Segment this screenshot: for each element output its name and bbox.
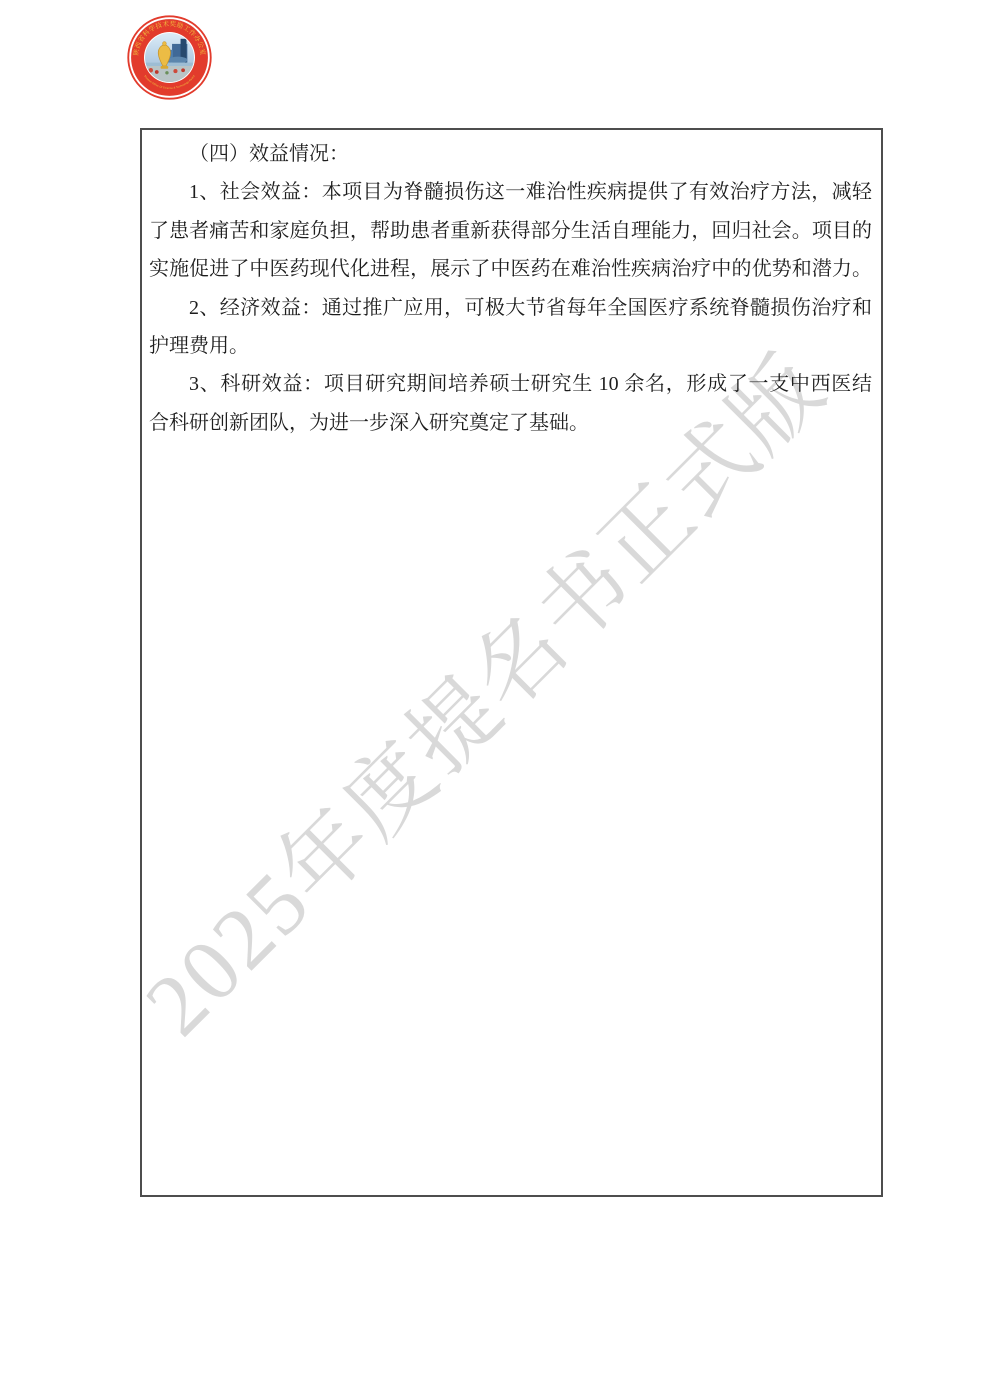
document-page: 陕西省科学技术奖励工作办公室 Shaanxi Office Of Science… (0, 0, 990, 1399)
seal-graphic: 陕西省科学技术奖励工作办公室 Shaanxi Office Of Science… (127, 15, 212, 100)
section-title: （四）效益情况： (149, 135, 872, 173)
benefits-section-box: （四）效益情况： 1、社会效益：本项目为脊髓损伤这一难治性疾病提供了有效治疗方法… (140, 128, 883, 1197)
seal-photo (145, 33, 194, 82)
paragraph-line: 2、经济效益：通过推广应用，可极大节省每年全国医疗系统脊髓损伤治疗和 (149, 289, 872, 327)
paragraph-line: 实施促进了中医药现代化进程，展示了中医药在难治性疾病治疗中的优势和潜力。 (149, 250, 872, 288)
paragraph-line: 合科研创新团队，为进一步深入研究奠定了基础。 (149, 404, 872, 442)
paragraph-line: 1、社会效益：本项目为脊髓损伤这一难治性疾病提供了有效治疗方法，减轻 (149, 173, 872, 211)
paragraph-line: 护理费用。 (149, 327, 872, 365)
paragraph-line: 3、科研效益：项目研究期间培养硕士研究生 10 余名，形成了一支中西医结 (149, 365, 872, 403)
official-seal: 陕西省科学技术奖励工作办公室 Shaanxi Office Of Science… (127, 15, 212, 100)
paragraph-line: 了患者痛苦和家庭负担，帮助患者重新获得部分生活自理能力，回归社会。项目的 (149, 212, 872, 250)
